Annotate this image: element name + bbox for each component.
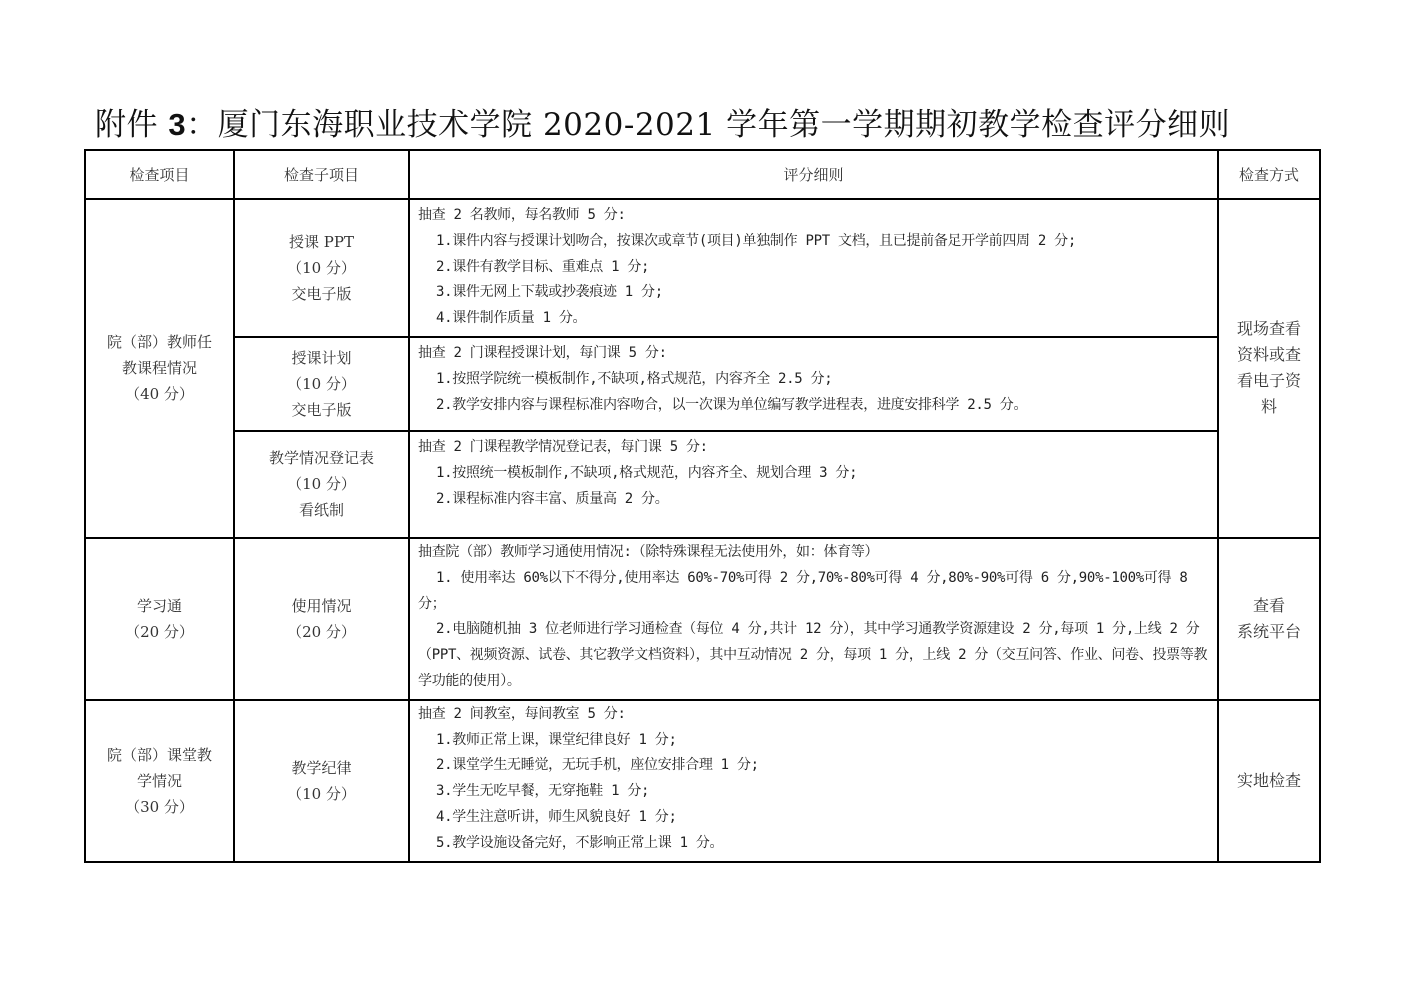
title-prefix: 附件 — [95, 107, 158, 143]
item-line: （20 分） — [86, 619, 233, 645]
method-line: 系统平台 — [1225, 619, 1313, 645]
rule-line: 3.学生无吃早餐，无穿拖鞋 1 分; — [418, 779, 1209, 805]
rule-intro: 抽查院（部）教师学习通使用情况:（除特殊课程无法使用外，如：体育等） — [418, 540, 1209, 566]
method-onsite-or-electronic: 现场查看 资料或查 看电子资 料 — [1218, 199, 1320, 538]
rule-intro: 抽查 2 间教室，每间教室 5 分: — [418, 702, 1209, 728]
method-line: 查看 — [1225, 593, 1313, 619]
rule-line: 5.教学设施设备完好，不影响正常上课 1 分。 — [418, 831, 1209, 857]
scoring-table: 检查项目 检查子项目 评分细则 检查方式 院（部）教师任 教课程情况 （40 分… — [84, 149, 1321, 863]
check-item-xuexitong: 学习通 （20 分） — [85, 538, 234, 700]
rule-line: 2.电脑随机抽 3 位老师进行学习通检查（每位 4 分,共计 12 分），其中学… — [418, 617, 1209, 694]
header-check-method: 检查方式 — [1218, 150, 1320, 199]
subitem-line: 交电子版 — [235, 281, 408, 307]
rules-ppt: 抽查 2 名教师，每名教师 5 分: 1.课件内容与授课计划吻合，按课次或章节(… — [409, 199, 1218, 337]
table-row: 院（部）教师任 教课程情况 （40 分） 授课 PPT （10 分） 交电子版 … — [85, 199, 1320, 337]
check-item-classroom: 院（部）课堂教 学情况 （30 分） — [85, 700, 234, 862]
method-system-platform: 查看 系统平台 — [1218, 538, 1320, 700]
rule-line: 3.课件无网上下载或抄袭痕迹 1 分; — [418, 280, 1209, 306]
item-line: （30 分） — [86, 794, 233, 820]
method-on-site: 实地检查 — [1218, 700, 1320, 862]
rule-line: 4.课件制作质量 1 分。 — [418, 306, 1209, 332]
subitem-line: 授课 PPT — [235, 229, 408, 255]
subitem-line: 教学情况登记表 — [235, 445, 408, 471]
item-line: （40 分） — [86, 381, 233, 407]
subitem-line: （10 分） — [235, 781, 408, 807]
method-line: 料 — [1225, 394, 1313, 420]
table-row: 授课计划 （10 分） 交电子版 抽查 2 门课程授课计划，每门课 5 分: 1… — [85, 337, 1320, 431]
item-line: 院（部）课堂教 — [86, 742, 233, 768]
rule-line: 1.教师正常上课，课堂纪律良好 1 分; — [418, 728, 1209, 754]
rule-line: 1. 使用率达 60%以下不得分,使用率达 60%-70%可得 2 分,70%-… — [418, 566, 1209, 618]
check-item-teaching-courses: 院（部）教师任 教课程情况 （40 分） — [85, 199, 234, 538]
subitem-line: （10 分） — [235, 255, 408, 281]
table-row: 学习通 （20 分） 使用情况 （20 分） 抽查院（部）教师学习通使用情况:（… — [85, 538, 1320, 700]
title-number: 3 — [168, 107, 186, 142]
subitem-teaching-plan: 授课计划 （10 分） 交电子版 — [234, 337, 409, 431]
item-line: 院（部）教师任 — [86, 329, 233, 355]
title-colon: ： — [186, 107, 218, 143]
rule-line: 2.课堂学生无睡觉，无玩手机，座位安排合理 1 分; — [418, 753, 1209, 779]
item-line: 学情况 — [86, 768, 233, 794]
rule-intro: 抽查 2 门课程教学情况登记表，每门课 5 分: — [418, 435, 1209, 461]
method-line: 看电子资 — [1225, 368, 1313, 394]
subitem-line: （20 分） — [235, 619, 408, 645]
method-line: 资料或查 — [1225, 342, 1313, 368]
item-line: 学习通 — [86, 593, 233, 619]
subitem-discipline: 教学纪律 （10 分） — [234, 700, 409, 862]
subitem-line: 教学纪律 — [235, 755, 408, 781]
method-line: 现场查看 — [1225, 316, 1313, 342]
rule-line: 2.课程标准内容丰富、质量高 2 分。 — [418, 487, 1209, 513]
rule-line: 4.学生注意听讲，师生风貌良好 1 分; — [418, 805, 1209, 831]
subitem-line: （10 分） — [235, 371, 408, 397]
rule-intro: 抽查 2 名教师，每名教师 5 分: — [418, 203, 1209, 229]
header-row: 检查项目 检查子项目 评分细则 检查方式 — [85, 150, 1320, 199]
header-check-item: 检查项目 — [85, 150, 234, 199]
subitem-usage: 使用情况 （20 分） — [234, 538, 409, 700]
rule-line: 1.按照学院统一模板制作,不缺项,格式规范，内容齐全 2.5 分; — [418, 367, 1209, 393]
rule-line: 1.课件内容与授课计划吻合，按课次或章节(项目)单独制作 PPT 文档，且已提前… — [418, 229, 1209, 255]
rule-line: 2.教学安排内容与课程标准内容吻合，以一次课为单位编写教学进程表，进度安排科学 … — [418, 393, 1209, 419]
method-line: 实地检查 — [1225, 768, 1313, 794]
rule-intro: 抽查 2 门课程授课计划，每门课 5 分: — [418, 341, 1209, 367]
table-row: 院（部）课堂教 学情况 （30 分） 教学纪律 （10 分） 抽查 2 间教室，… — [85, 700, 1320, 862]
title-main: 厦门东海职业技术学院 2020-2021 学年第一学期期初教学检查评分细则 — [218, 107, 1230, 143]
subitem-line: 授课计划 — [235, 345, 408, 371]
subitem-teaching-log: 教学情况登记表 （10 分） 看纸制 — [234, 431, 409, 538]
subitem-line: （10 分） — [235, 471, 408, 497]
rules-teaching-log: 抽查 2 门课程教学情况登记表，每门课 5 分: 1.按照统一模板制作,不缺项,… — [409, 431, 1218, 538]
document-title: 附件 3：厦门东海职业技术学院 2020-2021 学年第一学期期初教学检查评分… — [95, 103, 1230, 147]
rule-line: 1.按照统一模板制作,不缺项,格式规范，内容齐全、规划合理 3 分; — [418, 461, 1209, 487]
subitem-line: 使用情况 — [235, 593, 408, 619]
item-line: 教课程情况 — [86, 355, 233, 381]
subitem-ppt: 授课 PPT （10 分） 交电子版 — [234, 199, 409, 337]
rules-teaching-plan: 抽查 2 门课程授课计划，每门课 5 分: 1.按照学院统一模板制作,不缺项,格… — [409, 337, 1218, 431]
rules-usage: 抽查院（部）教师学习通使用情况:（除特殊课程无法使用外，如：体育等） 1. 使用… — [409, 538, 1218, 700]
rule-line: 2.课件有教学目标、重难点 1 分; — [418, 255, 1209, 281]
rules-discipline: 抽查 2 间教室，每间教室 5 分: 1.教师正常上课，课堂纪律良好 1 分; … — [409, 700, 1218, 862]
table-row: 教学情况登记表 （10 分） 看纸制 抽查 2 门课程教学情况登记表，每门课 5… — [85, 431, 1320, 538]
header-scoring-rules: 评分细则 — [409, 150, 1218, 199]
header-check-subitem: 检查子项目 — [234, 150, 409, 199]
subitem-line: 看纸制 — [235, 497, 408, 523]
subitem-line: 交电子版 — [235, 397, 408, 423]
